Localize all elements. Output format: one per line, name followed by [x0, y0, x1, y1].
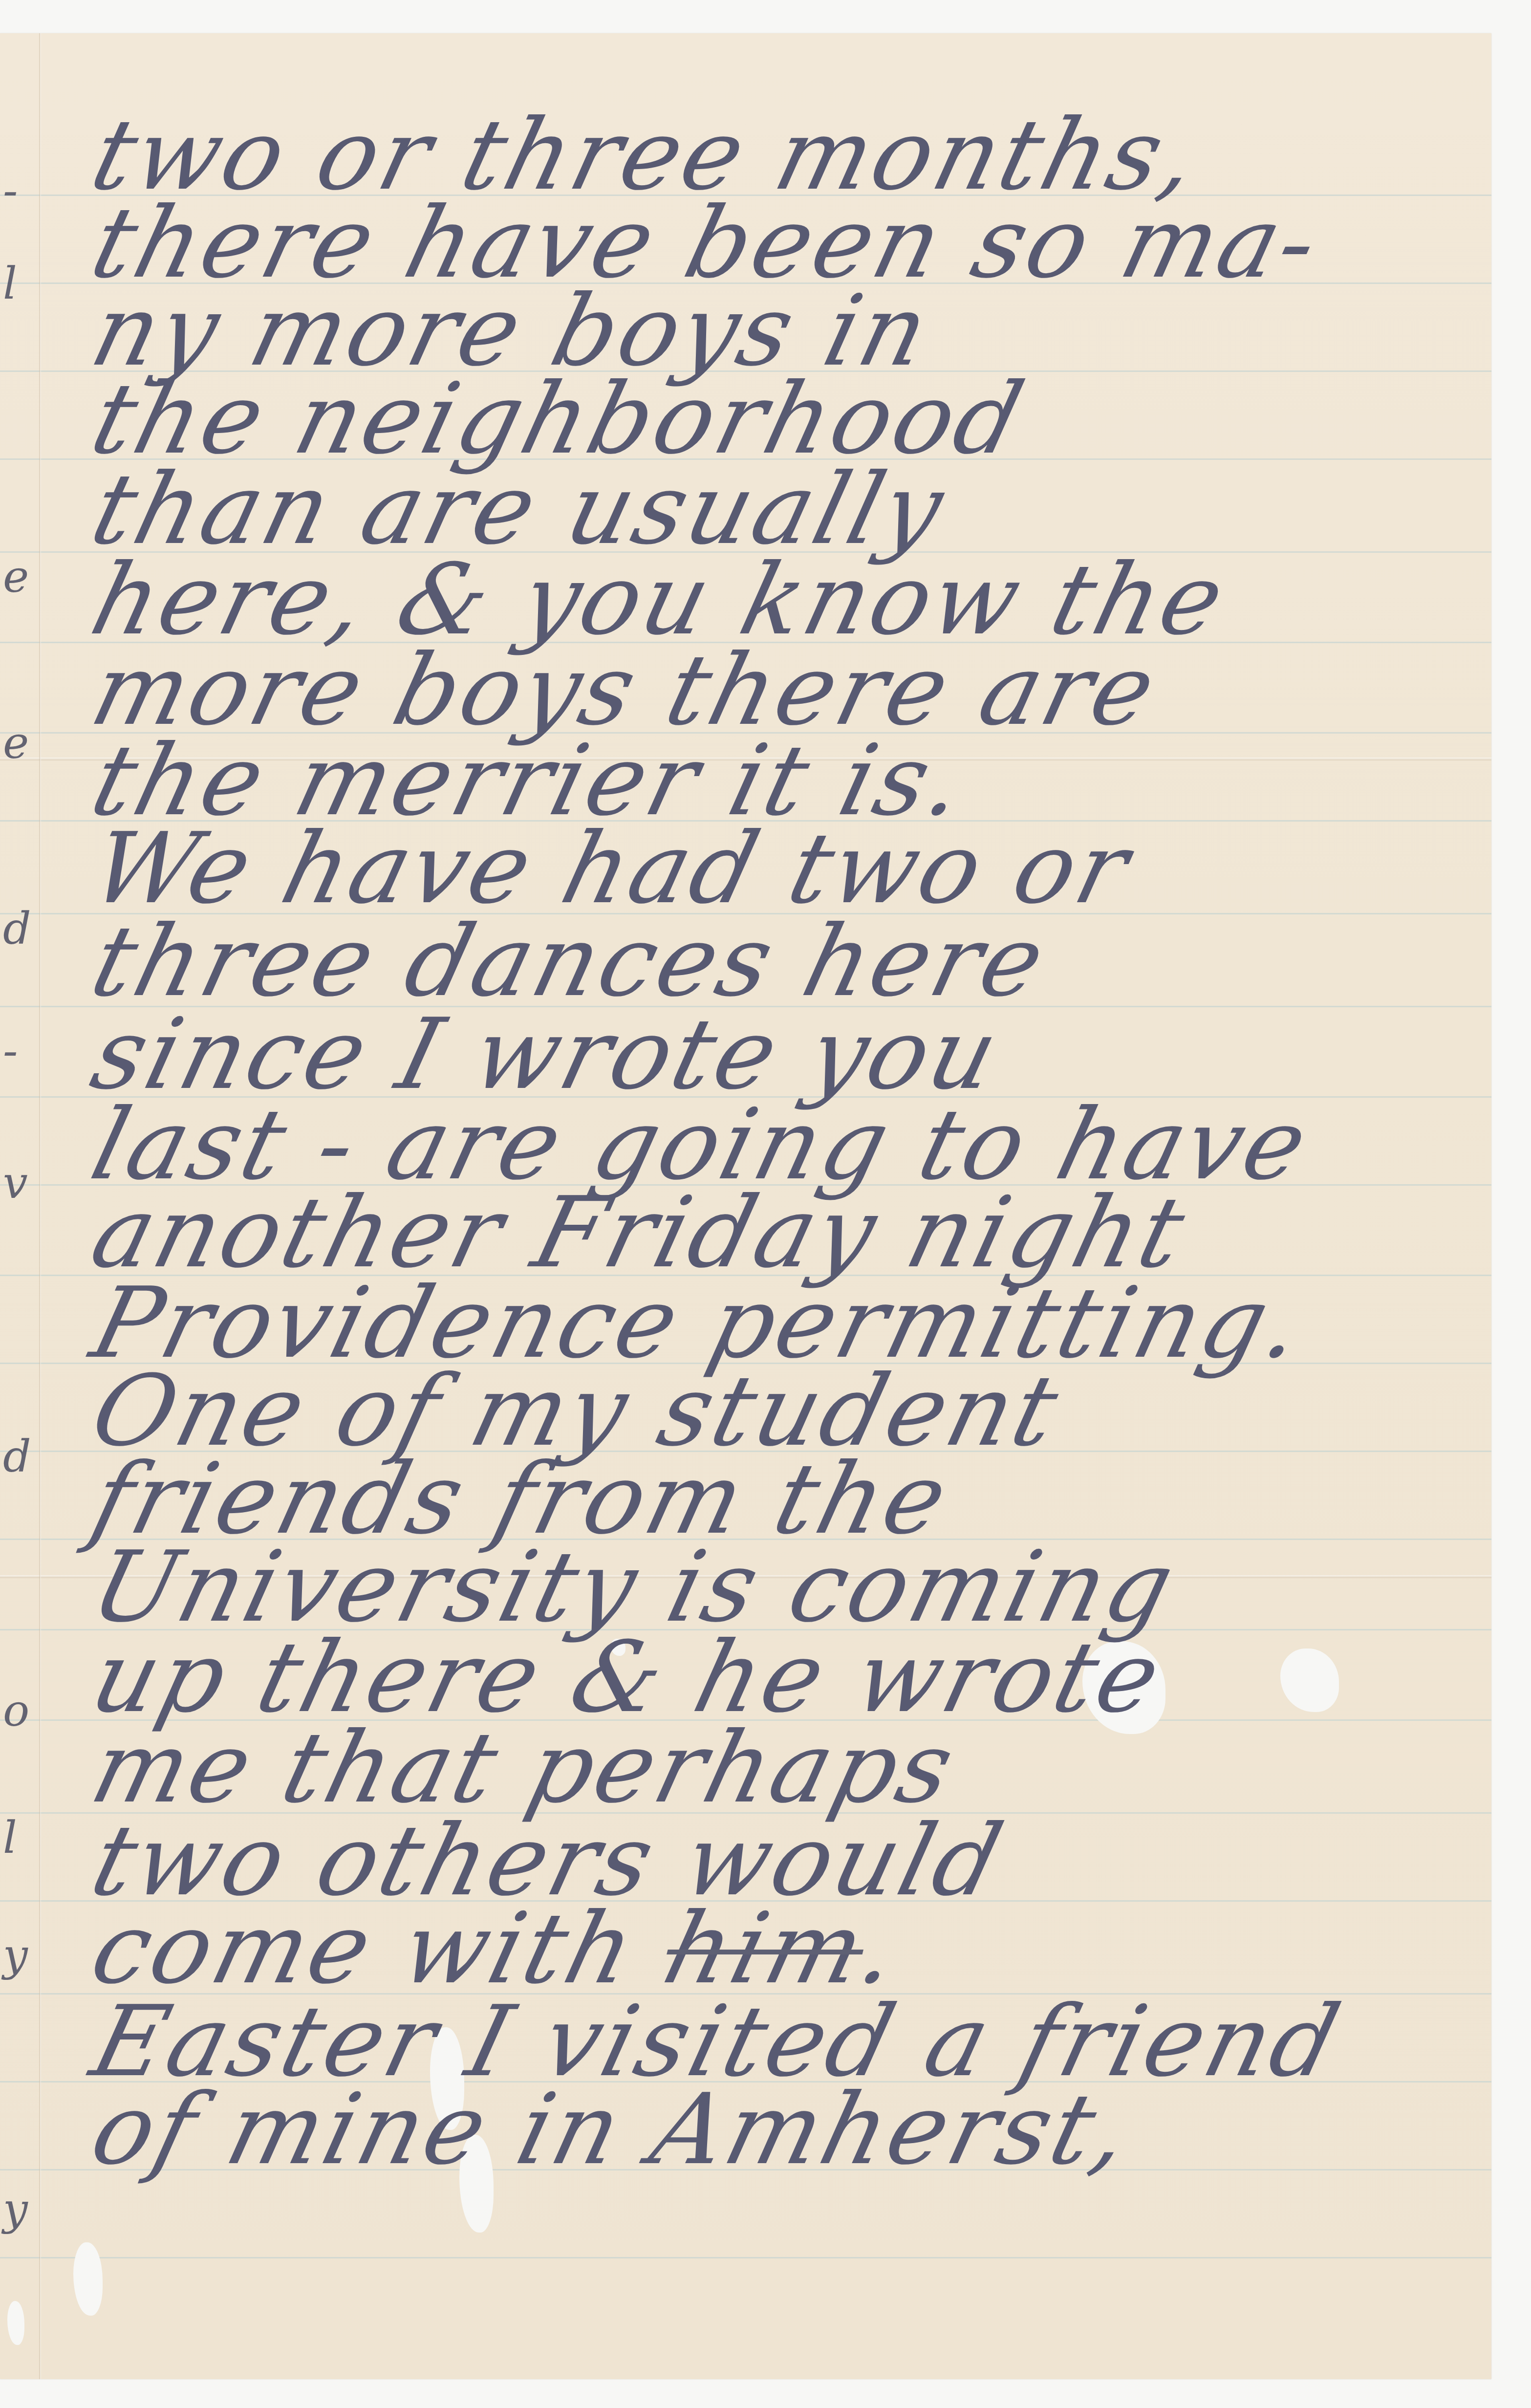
margin-fragment: d	[3, 1431, 31, 1482]
margin-fragment: l	[3, 258, 17, 309]
letter-page: - l e e d - v d o l y y two or three mon…	[0, 33, 1491, 2379]
letter-line: We have had two or	[83, 820, 1140, 918]
margin-fragment: y	[3, 2184, 28, 2235]
margin-fragment: -	[3, 1025, 18, 1077]
paper-hole	[1280, 1649, 1339, 1712]
margin-fragment: o	[3, 1685, 29, 1736]
margin-fragment: e	[3, 551, 29, 603]
margin-fragment: -	[3, 165, 18, 217]
letter-line: come with him.	[83, 1900, 910, 1998]
margin-fragment: d	[3, 903, 31, 955]
margin-fragment: e	[3, 717, 29, 769]
margin-fragment: v	[3, 1157, 28, 1209]
letter-line: me that perhaps	[83, 1719, 965, 1817]
ruled-line	[0, 2257, 1491, 2258]
margin-fragment: l	[3, 1812, 17, 1864]
margin-fragment: y	[3, 1930, 28, 1981]
letter-line: of mine in Amherst,	[83, 2081, 1142, 2179]
letter-line: three dances here	[83, 913, 1056, 1011]
vertical-fold	[39, 33, 41, 2379]
paper-hole	[73, 2242, 103, 2316]
paper-hole	[7, 2301, 24, 2345]
